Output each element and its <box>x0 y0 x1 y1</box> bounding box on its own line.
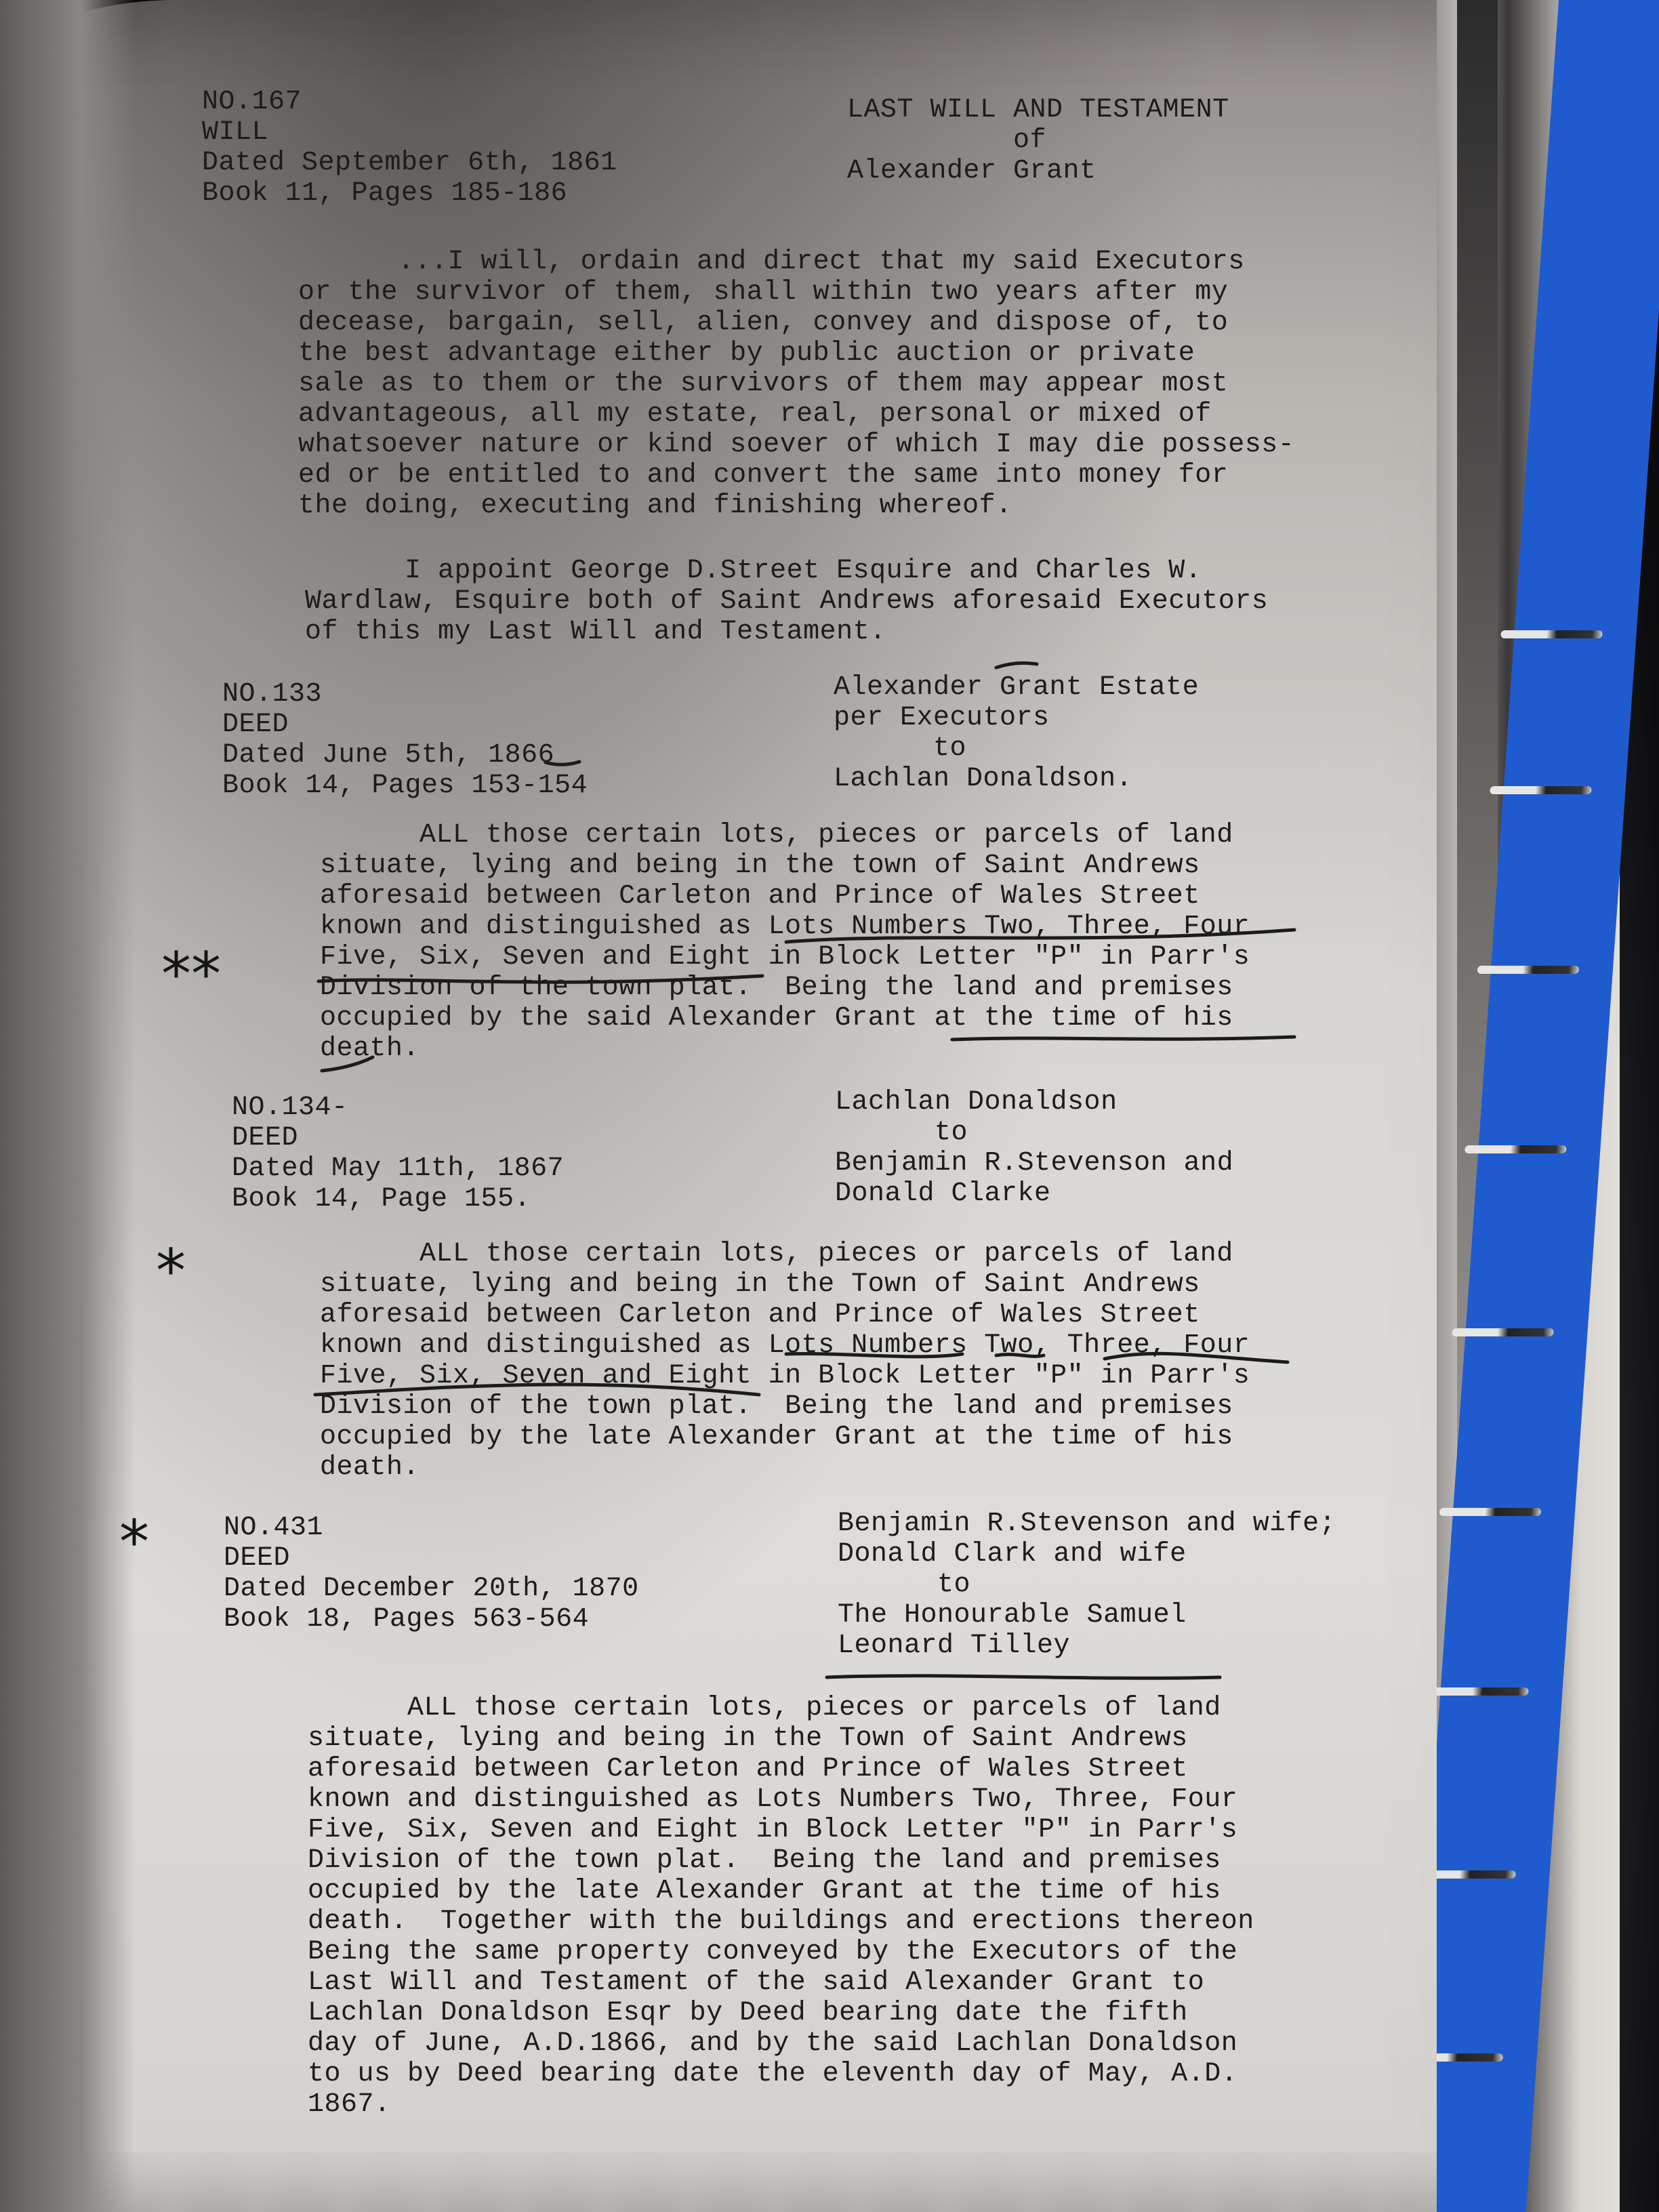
text-line: Dated September 6th, 1861 <box>202 148 617 178</box>
text-line: Book 14, Page 155. <box>232 1184 564 1214</box>
text-line: The Honourable Samuel <box>838 1600 1336 1631</box>
text-line: Last Will and Testament of the said Alex… <box>308 1967 1254 1998</box>
text-line: Alexander Grant Estate <box>834 672 1199 703</box>
text-line: known and distinguished as Lots Numbers … <box>320 1330 1250 1361</box>
text-line: known and distinguished as Lots Numbers … <box>320 912 1250 942</box>
binder-ring-icon <box>1439 1508 1542 1516</box>
text-line: NO.167 <box>202 87 617 117</box>
text-line: Book 11, Pages 185-186 <box>202 178 617 209</box>
text-line: Dated June 5th, 1866 <box>222 740 588 771</box>
text-line: known and distinguished as Lots Numbers … <box>308 1784 1254 1815</box>
text-line: occupied by the late Alexander Grant at … <box>320 1422 1250 1452</box>
text-line: NO.431 <box>224 1513 639 1543</box>
record-134-header-left: NO.134-DEEDDated May 11th, 1867Book 14, … <box>232 1092 564 1214</box>
record-431-header-left: NO.431DEEDDated December 20th, 1870Book … <box>224 1513 639 1635</box>
text-line: DEED <box>232 1123 564 1153</box>
text-line: day of June, A.D.1866, and by the said L… <box>308 2028 1254 2059</box>
text-line: situate, lying and being in the Town of … <box>320 1269 1250 1300</box>
text-line: Lachlan Donaldson. <box>834 764 1199 794</box>
text-line: LAST WILL AND TESTAMENT <box>847 95 1229 125</box>
text-line: aforesaid between Carleton and Prince of… <box>320 881 1250 912</box>
record-167-header-right: LAST WILL AND TESTAMENT ofAlexander Gran… <box>847 95 1229 186</box>
text-line: whatsoever nature or kind soever of whic… <box>298 430 1294 460</box>
record-167-paragraph-2: I appoint George D.Street Esquire and Ch… <box>305 556 1268 647</box>
text-line: ALL those certain lots, pieces or parcel… <box>308 1693 1254 1723</box>
text-line: Lachlan Donaldson <box>835 1087 1233 1118</box>
text-line: aforesaid between Carleton and Prince of… <box>308 1754 1254 1784</box>
asterisk-mark: * <box>156 1242 186 1301</box>
text-line: ed or be entitled to and convert the sam… <box>298 460 1294 491</box>
record-134-header-right: Lachlan Donaldson toBenjamin R.Stevenson… <box>835 1087 1233 1209</box>
text-line: Lachlan Donaldson Esqr by Deed bearing d… <box>308 1998 1254 2028</box>
text-line: Alexander Grant <box>847 156 1229 186</box>
text-line: per Executors <box>834 703 1199 733</box>
text-line: to <box>835 1118 1233 1148</box>
binder-ring-icon <box>1490 786 1592 794</box>
text-line: Book 18, Pages 563-564 <box>224 1604 639 1635</box>
text-line: the best advantage either by public auct… <box>298 338 1294 369</box>
text-line: WILL <box>202 117 617 148</box>
text-line: aforesaid between Carleton and Prince of… <box>320 1300 1250 1330</box>
text-line: ...I will, ordain and direct that my sai… <box>298 247 1294 277</box>
binder-ring-icon <box>1427 1687 1529 1696</box>
text-line: Benjamin R.Stevenson and <box>835 1148 1233 1179</box>
record-133-header-left: NO.133DEEDDated June 5th, 1866Book 14, P… <box>222 679 588 801</box>
binder-ring-icon <box>1500 630 1603 638</box>
text-line: the doing, executing and finishing where… <box>298 491 1294 521</box>
text-line: ALL those certain lots, pieces or parcel… <box>320 820 1250 851</box>
binder-ring-icon <box>1477 966 1580 974</box>
text-line: 1867. <box>308 2089 1254 2120</box>
text-line: to <box>834 733 1199 764</box>
text-line: sale as to them or the survivors of them… <box>298 369 1294 399</box>
text-line: Book 14, Pages 153-154 <box>222 771 588 801</box>
text-line: Five, Six, Seven and Eight in Block Lett… <box>320 1361 1250 1391</box>
text-line: Dated May 11th, 1867 <box>232 1153 564 1184</box>
record-431-header-right: Benjamin R.Stevenson and wife;Donald Cla… <box>838 1509 1336 1661</box>
text-line: DEED <box>222 710 588 740</box>
text-line: situate, lying and being in the town of … <box>320 851 1250 881</box>
text-line: Donald Clark and wife <box>838 1539 1336 1570</box>
text-line: DEED <box>224 1543 639 1574</box>
record-133-paragraph: ALL those certain lots, pieces or parcel… <box>320 820 1250 1064</box>
text-line: Dated December 20th, 1870 <box>224 1574 639 1604</box>
record-167-header-left: NO.167WILLDated September 6th, 1861Book … <box>202 87 617 209</box>
text-line: occupied by the said Alexander Grant at … <box>320 1003 1250 1033</box>
text-line: of <box>847 125 1229 156</box>
record-133-header-right: Alexander Grant Estateper Executors toLa… <box>834 672 1199 794</box>
binder-ring-icon <box>1452 1328 1554 1336</box>
text-line: occupied by the late Alexander Grant at … <box>308 1876 1254 1906</box>
text-line: Donald Clarke <box>835 1179 1233 1209</box>
text-line: advantageous, all my estate, real, perso… <box>298 399 1294 430</box>
record-134-paragraph: ALL those certain lots, pieces or parcel… <box>320 1239 1250 1483</box>
document-page: NO.167WILLDated September 6th, 1861Book … <box>0 0 1437 2212</box>
page-curl-shadow <box>0 0 136 2212</box>
text-line: death. Together with the buildings and e… <box>308 1906 1254 1937</box>
text-line: NO.134- <box>232 1092 564 1123</box>
text-line: Five, Six, Seven and Eight in Block Lett… <box>320 942 1250 972</box>
text-line: death. <box>320 1033 1250 1064</box>
text-line: NO.133 <box>222 679 588 710</box>
text-line: of this my Last Will and Testament. <box>305 617 1268 647</box>
text-line: Division of the town plat. Being the lan… <box>308 1845 1254 1876</box>
text-line: death. <box>320 1452 1250 1483</box>
text-line: or the survivor of them, shall within tw… <box>298 277 1294 308</box>
record-431-paragraph: ALL those certain lots, pieces or parcel… <box>308 1693 1254 2120</box>
asterisk-mark: * <box>119 1513 149 1572</box>
text-line: Being the same property conveyed by the … <box>308 1937 1254 1967</box>
text-line: ALL those certain lots, pieces or parcel… <box>320 1239 1250 1269</box>
binder-ring-icon <box>1465 1145 1567 1153</box>
text-line: Wardlaw, Esquire both of Saint Andrews a… <box>305 586 1268 617</box>
text-line: decease, bargain, sell, alien, convey an… <box>298 308 1294 338</box>
text-line: Leonard Tilley <box>838 1631 1336 1661</box>
asterisk-double-mark: ** <box>161 945 221 1004</box>
text-line: I appoint George D.Street Esquire and Ch… <box>305 556 1268 586</box>
text-line: Benjamin R.Stevenson and wife; <box>838 1509 1336 1539</box>
text-line: to <box>838 1570 1336 1600</box>
text-line: Division of the town plat. Being the lan… <box>320 1391 1250 1422</box>
text-line: situate, lying and being in the Town of … <box>308 1723 1254 1754</box>
text-line: to us by Deed bearing date the eleventh … <box>308 2059 1254 2089</box>
text-line: Five, Six, Seven and Eight in Block Lett… <box>308 1815 1254 1845</box>
record-167-paragraph-1: ...I will, ordain and direct that my sai… <box>298 247 1294 521</box>
text-line: Division of the town plat. Being the lan… <box>320 972 1250 1003</box>
